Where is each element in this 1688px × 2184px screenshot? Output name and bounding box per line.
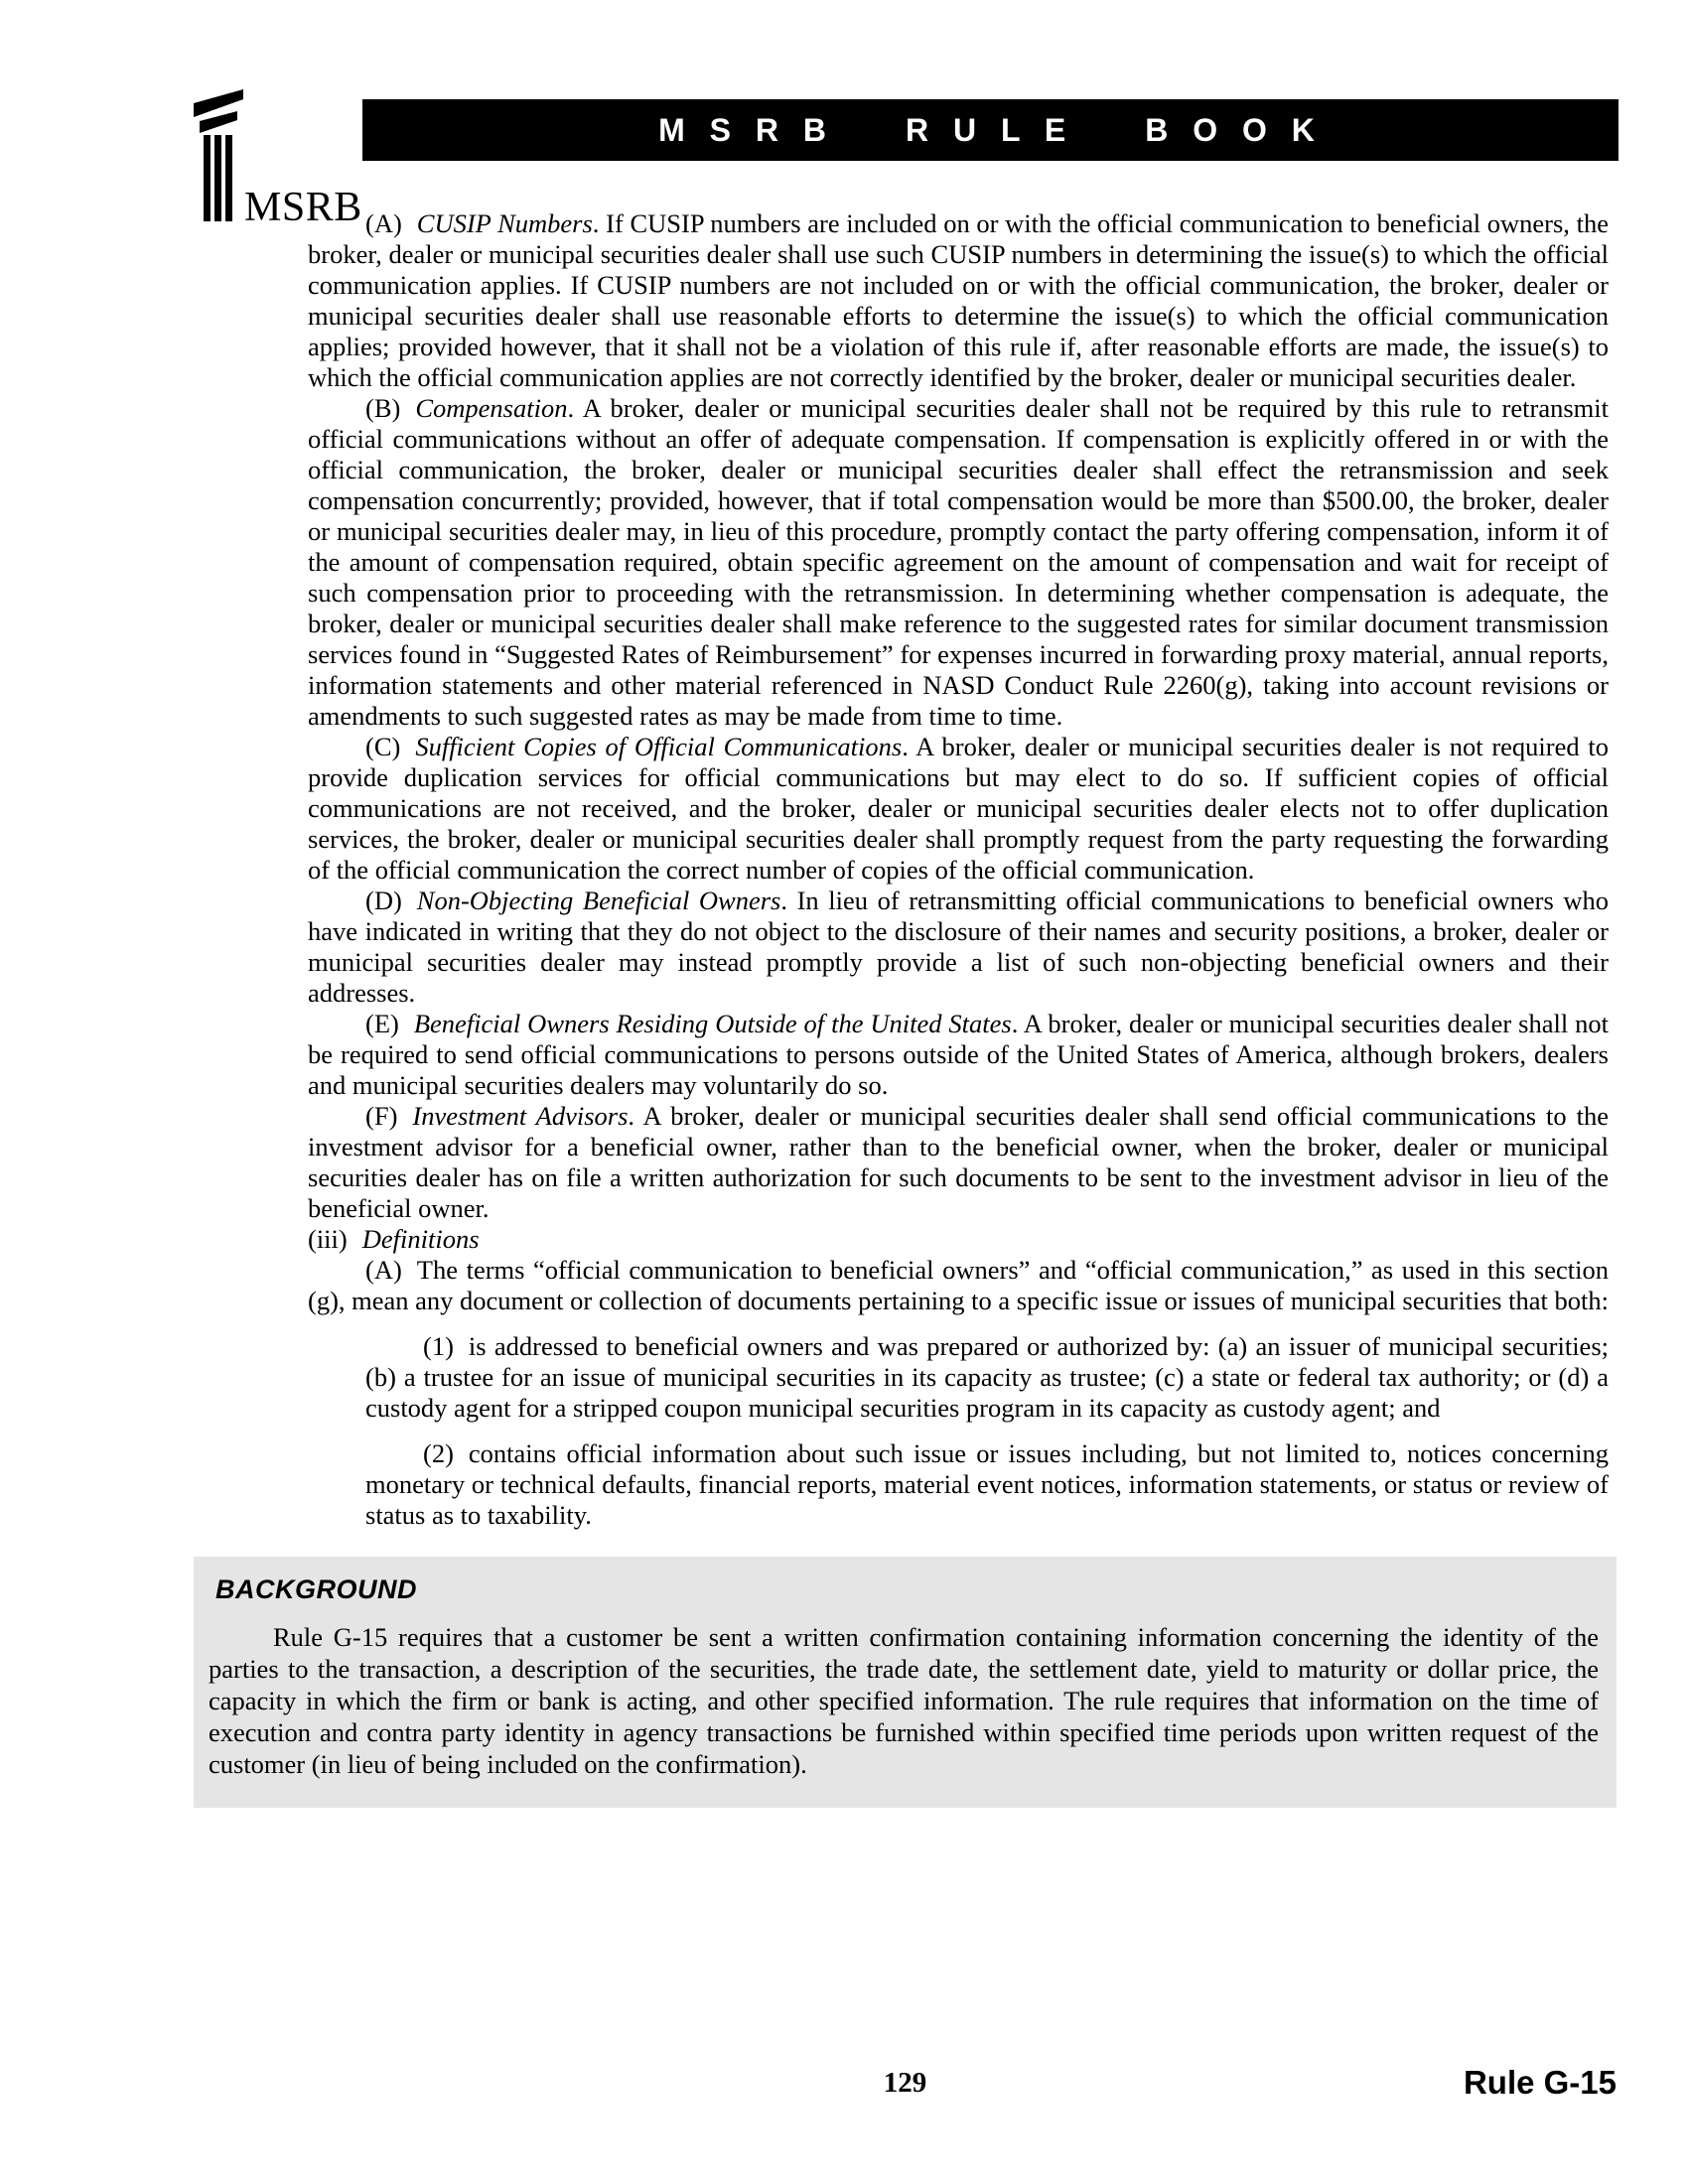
paragraph-title: Investment Advisors [412, 1101, 628, 1131]
paragraph-title: Non-Objecting Beneficial Owners [417, 886, 781, 915]
page-footer: 129 Rule G-15 [194, 2067, 1617, 2100]
rule-text-column: (A)CUSIP Numbers. If CUSIP numbers are i… [308, 208, 1609, 1531]
page-number: 129 [884, 2067, 927, 2099]
rule-paragraph-definitions-terms: (A)The terms “official communication to … [308, 1255, 1609, 1316]
paragraph-label: (E) [365, 1009, 399, 1038]
paragraph-body: contains official information about such… [365, 1438, 1609, 1530]
msrb-column-icon [192, 87, 247, 223]
background-section: BACKGROUND Rule G-15 requires that a cus… [194, 1557, 1617, 1808]
msrb-logo-text: MSRB [244, 192, 362, 223]
rule-subparagraph-1: (1)is addressed to beneficial owners and… [365, 1331, 1609, 1424]
rule-paragraph-cusip-numbers: (A)CUSIP Numbers. If CUSIP numbers are i… [308, 208, 1609, 393]
paragraph-label: (B) [365, 393, 400, 423]
paragraph-label: (1) [423, 1331, 454, 1361]
header-bar-word-book: B O O K [1145, 112, 1323, 149]
paragraph-label: (A) [365, 1255, 402, 1285]
rule-paragraph-definitions-heading: (iii)Definitions [308, 1224, 1609, 1255]
header-bar-word-rule: R U L E [906, 112, 1073, 149]
rule-paragraph-non-objecting-owners: (D)Non-Objecting Beneficial Owners. In l… [308, 886, 1609, 1009]
header-title-bar: M S R B R U L E B O O K [362, 99, 1618, 161]
header-bar-word-msrb: M S R B [658, 112, 834, 149]
paragraph-label: (iii) [308, 1224, 348, 1254]
paragraph-body: The terms “official communication to ben… [308, 1255, 1609, 1315]
rule-reference: Rule G-15 [1464, 2064, 1617, 2102]
page: MSRB M S R B R U L E B O O K (A)CUSIP Nu… [0, 0, 1688, 2184]
rule-paragraph-sufficient-copies: (C)Sufficient Copies of Official Communi… [308, 732, 1609, 886]
rule-subparagraph-2: (2)contains official information about s… [365, 1438, 1609, 1531]
paragraph-label: (2) [423, 1438, 454, 1468]
paragraph-label: (D) [365, 886, 402, 915]
paragraph-body: is addressed to beneficial owners and wa… [365, 1331, 1609, 1423]
paragraph-title: Definitions [362, 1224, 480, 1254]
page-header: MSRB M S R B R U L E B O O K [0, 0, 1688, 161]
paragraph-title: Compensation [415, 393, 567, 423]
background-paragraph: Rule G-15 requires that a customer be se… [209, 1621, 1599, 1780]
paragraph-title: Sufficient Copies of Official Communicat… [415, 732, 902, 761]
background-heading: BACKGROUND [215, 1574, 1599, 1605]
rule-paragraph-owners-outside-us: (E)Beneficial Owners Residing Outside of… [308, 1009, 1609, 1101]
paragraph-label: (A) [365, 208, 402, 238]
paragraph-title: Beneficial Owners Residing Outside of th… [414, 1009, 1012, 1038]
rule-paragraph-investment-advisors: (F)Investment Advisors. A broker, dealer… [308, 1101, 1609, 1224]
paragraph-label: (F) [365, 1101, 397, 1131]
msrb-logo: MSRB [192, 87, 362, 223]
rule-paragraph-compensation: (B)Compensation. A broker, dealer or mun… [308, 393, 1609, 732]
paragraph-body: . A broker, dealer or municipal securiti… [308, 393, 1609, 731]
paragraph-title: CUSIP Numbers [417, 208, 593, 238]
paragraph-label: (C) [365, 732, 400, 761]
